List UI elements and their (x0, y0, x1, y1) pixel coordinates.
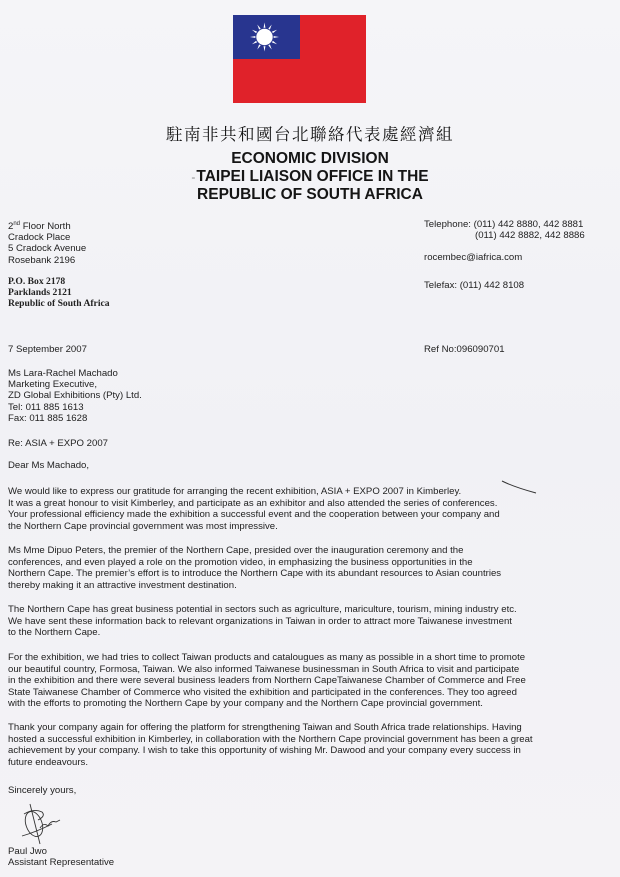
telefax: Telefax: (011) 442 8108 (424, 280, 585, 291)
recipient-line: Tel: 011 885 1613 (8, 402, 142, 413)
paragraph-line: The Northern Cape has great business pot… (8, 604, 608, 616)
letter-date: 7 September 2007 (8, 344, 87, 355)
title-dash: - (191, 170, 195, 184)
pen-stroke-icon (500, 479, 540, 495)
paragraph-line: to the Northern Cape. (8, 627, 608, 639)
recipient-line: Fax: 011 885 1628 (8, 413, 142, 424)
reference-number: Ref No:096090701 (424, 344, 505, 355)
street-address: 2nd Floor North Cradock Place 5 Cradock … (8, 219, 86, 266)
paragraph-line: with the efforts to promoting the Northe… (8, 698, 608, 710)
telephone-numbers-1: (011) 442 8880, 442 8881 (474, 219, 584, 230)
address-line: Cradock Place (8, 232, 86, 243)
paragraph-line: the Northern Cape provincial government … (8, 521, 608, 533)
title-line-2-text: TAIPEI LIAISON OFFICE IN THE (196, 168, 428, 185)
paragraph-line: Northern Cape. The premier’s effort is t… (8, 568, 608, 580)
paragraph-line: We have sent these information back to r… (8, 616, 608, 628)
paragraph-line: State Taiwanese Chamber of Commerce who … (8, 687, 608, 699)
recipient-line: Marketing Executive, (8, 379, 142, 390)
title-line-3: REPUBLIC OF SOUTH AFRICA (0, 186, 620, 204)
paragraph-line: in the exhibition and there were several… (8, 675, 608, 687)
white-sun-icon (233, 15, 300, 59)
postal-line: P.O. Box 2178 (8, 276, 110, 287)
taiwan-flag-icon (233, 15, 366, 103)
paragraph-line: It was a great honour to visit Kimberley… (8, 498, 608, 510)
paragraph-line: For the exhibition, we had tries to coll… (8, 652, 608, 664)
address-floor: 2nd Floor North (8, 219, 86, 232)
body-paragraph-5: Thank your company again for offering th… (8, 722, 608, 768)
signer-title: Assistant Representative (8, 857, 114, 868)
paragraph-line: achievement by your company. I wish to t… (8, 745, 608, 757)
email-address[interactable]: rocembec@iafrica.com (424, 252, 585, 263)
floor-rest: Floor North (20, 221, 71, 232)
chinese-office-title: 駐南非共和國台北聯絡代表處經濟組 (0, 121, 620, 145)
subject-line: Re: ASIA + EXPO 2007 (8, 438, 108, 449)
contact-details: Telephone: (011) 442 8880, 442 8881 (011… (424, 219, 585, 291)
address-line: Rosebank 2196 (8, 255, 86, 266)
paragraph-line: hosted a successful exhibition in Kimber… (8, 734, 608, 746)
body-paragraph-4: For the exhibition, we had tries to coll… (8, 652, 608, 710)
paragraph-line: future endeavours. (8, 757, 608, 769)
telephone-label: Telephone: (424, 219, 471, 230)
signer-block: Paul Jwo Assistant Representative (8, 846, 114, 868)
recipient-line: ZD Global Exhibitions (Pty) Ltd. (8, 390, 142, 401)
title-line-1: ECONOMIC DIVISION (0, 150, 620, 168)
salutation: Dear Ms Machado, (8, 460, 89, 471)
letter-page: 駐南非共和國台北聯絡代表處經濟組 ECONOMIC DIVISION -TAIP… (0, 0, 620, 877)
english-office-title: ECONOMIC DIVISION -TAIPEI LIAISON OFFICE… (0, 150, 620, 204)
paragraph-line: Ms Mme Dipuo Peters, the premier of the … (8, 545, 608, 557)
postal-line: Parklands 2121 (8, 287, 110, 298)
telephone-line-2: (011) 442 8882, 442 8886 (424, 230, 585, 241)
signer-name: Paul Jwo (8, 846, 114, 857)
handwritten-signature-icon (18, 802, 68, 846)
recipient-block: Ms Lara-Rachel Machado Marketing Executi… (8, 368, 142, 424)
recipient-line: Ms Lara-Rachel Machado (8, 368, 142, 379)
postal-line: Republic of South Africa (8, 298, 110, 309)
paragraph-line: Your professional efficiency made the ex… (8, 509, 608, 521)
postal-address: P.O. Box 2178 Parklands 2121 Republic of… (8, 276, 110, 310)
paragraph-line: conferences, and even played a role on t… (8, 557, 608, 569)
closing: Sincerely yours, (8, 785, 76, 796)
title-line-2: -TAIPEI LIAISON OFFICE IN THE (0, 168, 620, 186)
telephone-line-1: Telephone: (011) 442 8880, 442 8881 (424, 219, 585, 230)
address-line: 5 Cradock Avenue (8, 243, 86, 254)
paragraph-line: our beautiful country, Formosa, Taiwan. … (8, 664, 608, 676)
body-paragraph-2: Ms Mme Dipuo Peters, the premier of the … (8, 545, 608, 591)
body-paragraph-3: The Northern Cape has great business pot… (8, 604, 608, 639)
paragraph-line: Thank your company again for offering th… (8, 722, 608, 734)
paragraph-line: thereby making it an attractive investme… (8, 580, 608, 592)
